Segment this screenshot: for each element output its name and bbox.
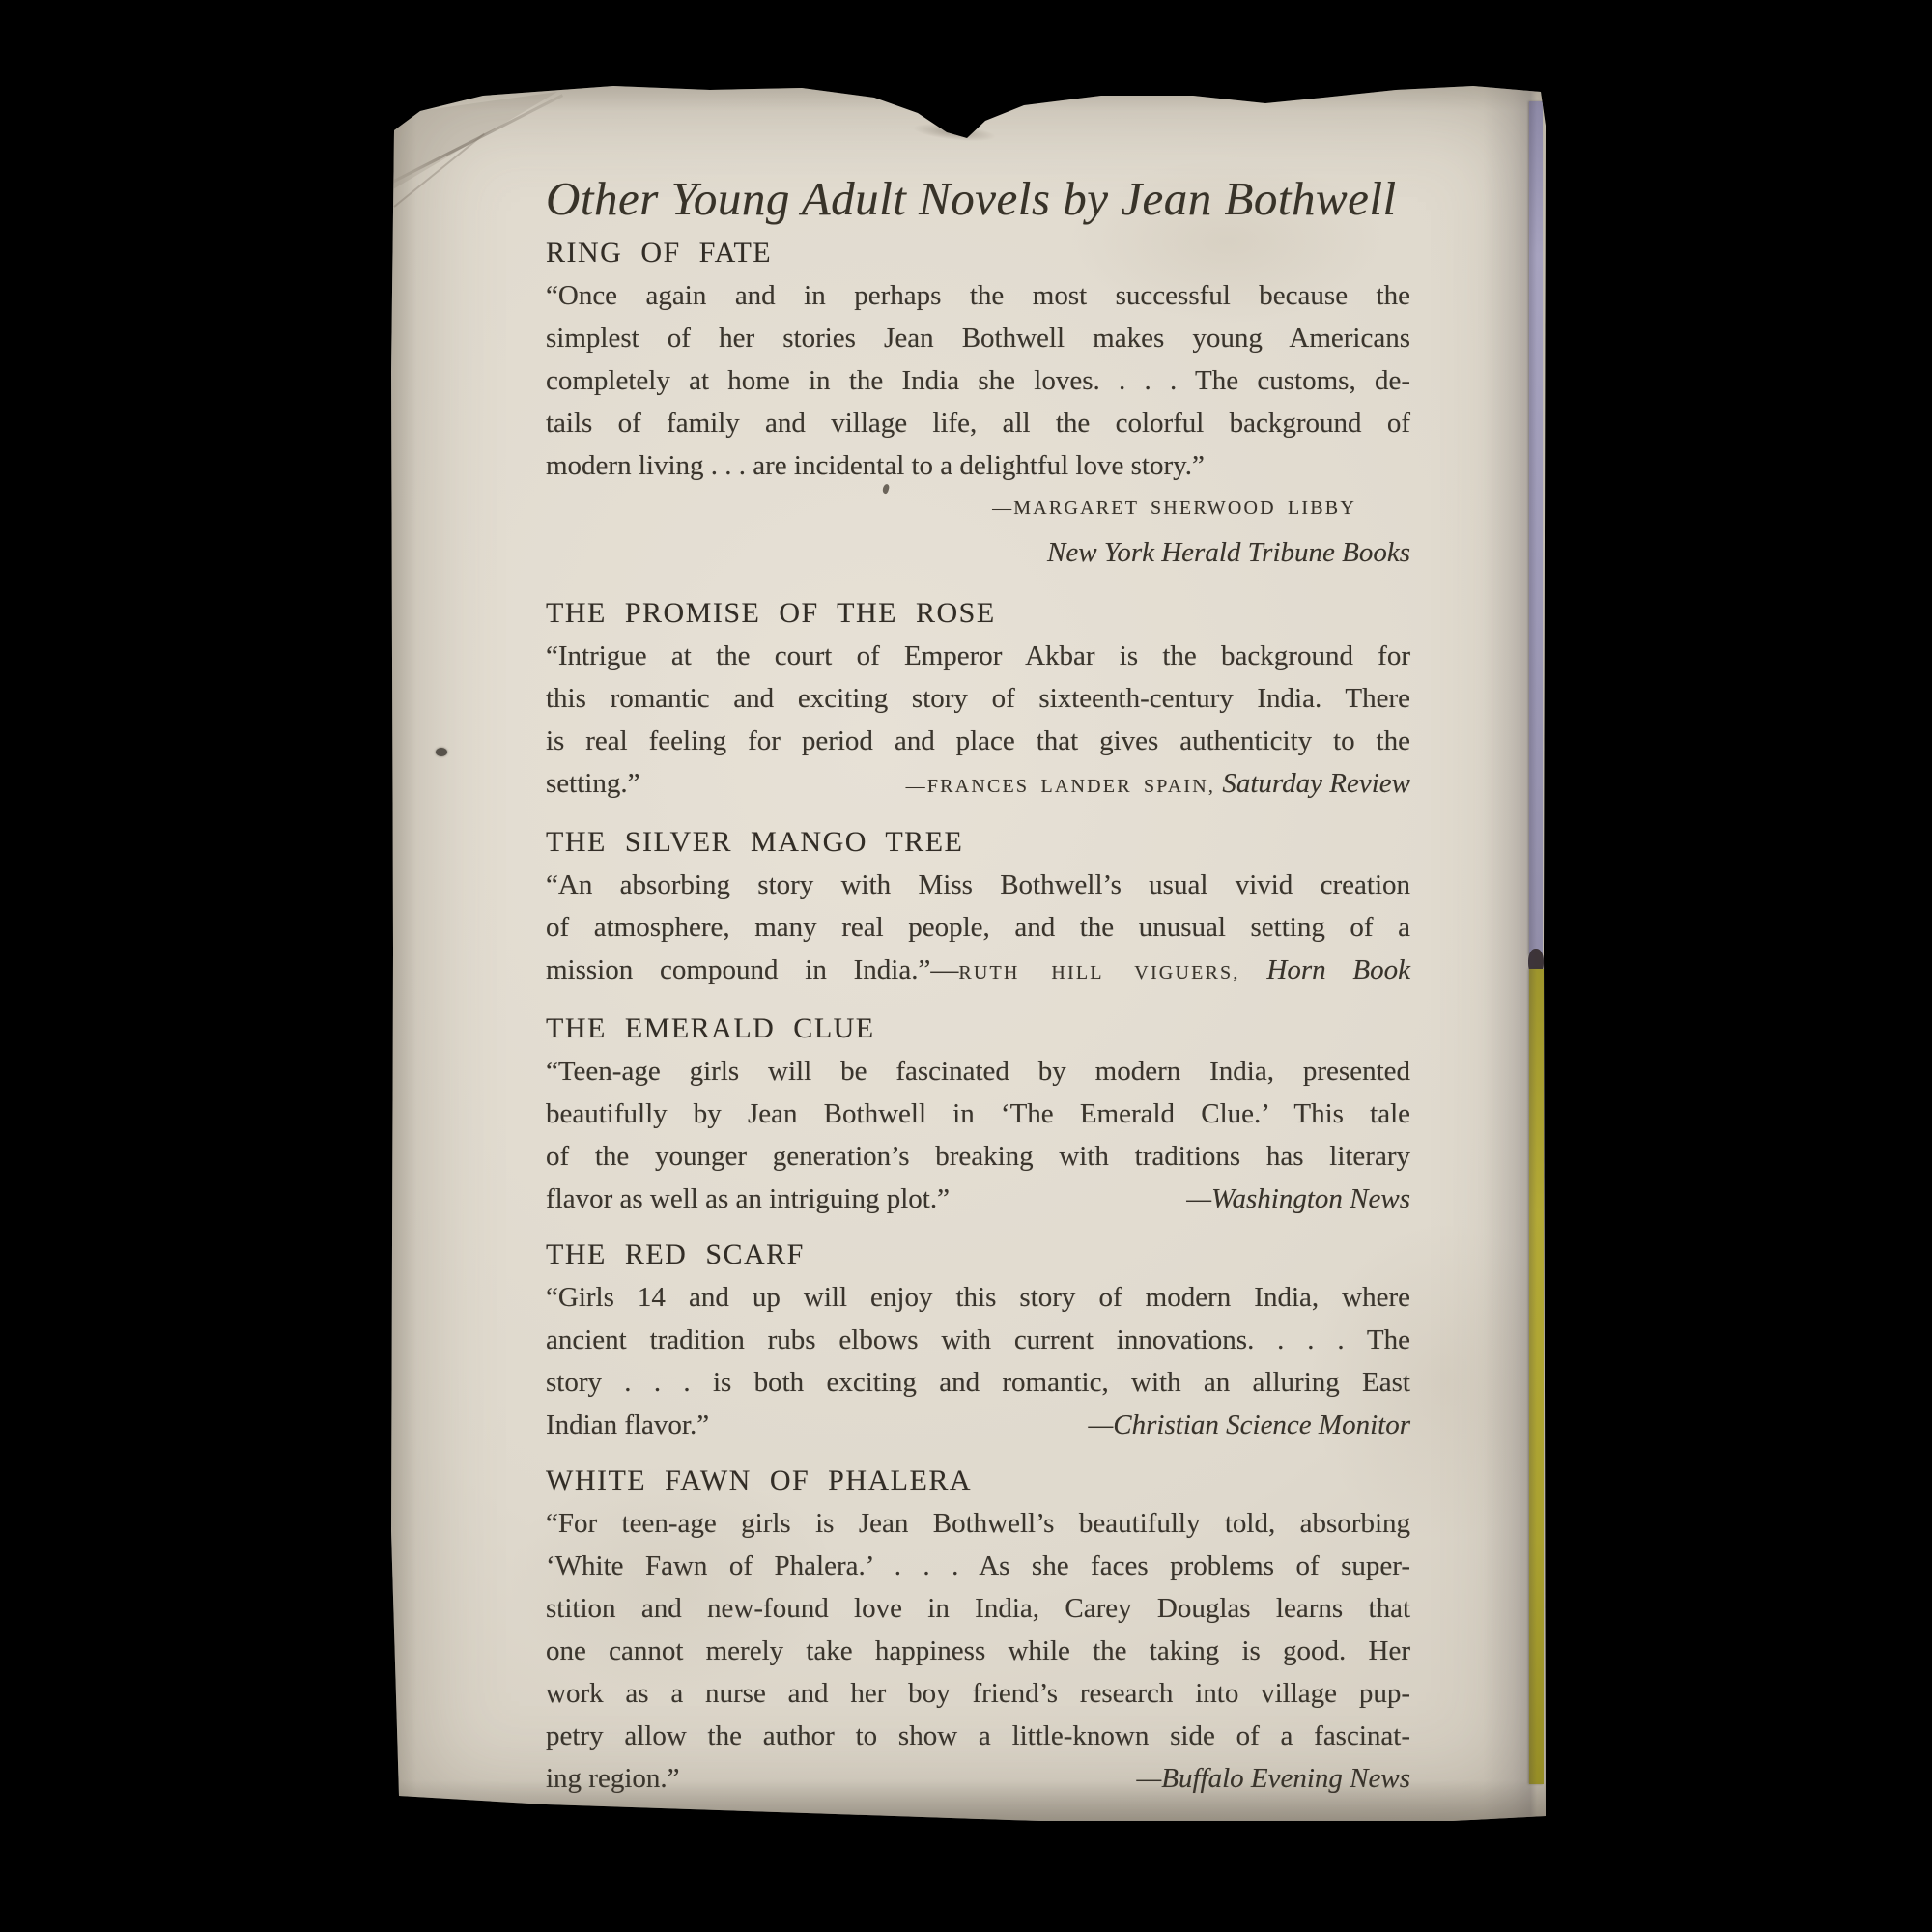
book-section-emerald-clue: THE EMERALD CLUE “Teen-age girls will be… — [546, 1008, 1410, 1220]
review-line: ancient tradition rubs elbows with curre… — [546, 1319, 1410, 1361]
book-title-heading: THE PROMISE OF THE ROSE — [546, 592, 1410, 635]
book-section-promise-of-the-rose: THE PROMISE OF THE ROSE “Intrigue at the… — [546, 592, 1410, 808]
spine-strip-lavender — [1529, 101, 1543, 955]
book-title-heading: THE RED SCARF — [546, 1234, 1410, 1276]
photo-backdrop: Other Young Adult Novels by Jean Bothwel… — [0, 0, 1932, 1932]
review-line: one cannot merely take happiness while t… — [546, 1630, 1410, 1672]
book-title-heading: THE EMERALD CLUE — [546, 1008, 1410, 1050]
review-line: simplest of her stories Jean Bothwell ma… — [546, 317, 1410, 359]
review-line: petry allow the author to show a little-… — [546, 1715, 1410, 1757]
review-line: work as a nurse and her boy friend’s res… — [546, 1672, 1410, 1715]
quote-end: mission compound in India.”— — [546, 954, 958, 985]
spine-strip-yellow — [1529, 969, 1544, 1784]
torn-edge-shadow — [912, 121, 996, 145]
quote-end: Indian flavor.” — [546, 1404, 709, 1446]
publication-name: Saturday Review — [1222, 768, 1410, 799]
reviewer-name: —FRANCES LANDER SPAIN, — [906, 776, 1216, 797]
review-line: beautifully by Jean Bothwell in ‘The Eme… — [546, 1093, 1410, 1135]
review-line: completely at home in the India she love… — [546, 359, 1410, 402]
book-section-silver-mango-tree: THE SILVER MANGO TREE “An absorbing stor… — [546, 821, 1410, 994]
review-line: “Once again and in perhaps the most succ… — [546, 274, 1410, 317]
publication-name: —Christian Science Monitor — [1089, 1404, 1410, 1446]
review-line: mission compound in India.”—RUTH HILL VI… — [546, 949, 1410, 994]
book-section-red-scarf: THE RED SCARF “Girls 14 and up will enjo… — [546, 1234, 1410, 1446]
review-line: ing region.” —Buffalo Evening News — [546, 1757, 1410, 1800]
publication-name: —Washington News — [1186, 1178, 1410, 1220]
publication-name: New York Herald Tribune Books — [1047, 537, 1410, 568]
review-line: “Intrigue at the court of Emperor Akbar … — [546, 635, 1410, 677]
page-title: Other Young Adult Novels by Jean Bothwel… — [546, 172, 1410, 226]
review-line: stition and new-found love in India, Car… — [546, 1587, 1410, 1630]
book-section-ring-of-fate: RING OF FATE “Once again and in perhaps … — [546, 232, 1410, 579]
reviews-column: Other Young Adult Novels by Jean Bothwel… — [546, 172, 1410, 1800]
review-line: flavor as well as an intriguing plot.” —… — [546, 1178, 1410, 1220]
review-line: setting.” —FRANCES LANDER SPAIN, Saturda… — [546, 762, 1410, 808]
review-attribution: —FRANCES LANDER SPAIN, Saturday Review — [906, 762, 1410, 808]
review-line: tails of family and village life, all th… — [546, 402, 1410, 444]
review-line: ‘White Fawn of Phalera.’ . . . As she fa… — [546, 1545, 1410, 1587]
review-line: modern living . . . are incidental to a … — [546, 444, 1410, 487]
book-title-heading: RING OF FATE — [546, 232, 1410, 274]
review-source: New York Herald Tribune Books — [546, 531, 1410, 579]
review-line: story . . . is both exciting and romanti… — [546, 1361, 1410, 1404]
book-jacket-back: Other Young Adult Novels by Jean Bothwel… — [391, 82, 1546, 1821]
review-line: this romantic and exciting story of sixt… — [546, 677, 1410, 720]
quote-end: setting.” — [546, 762, 639, 805]
review-line: of the younger generation’s breaking wit… — [546, 1135, 1410, 1178]
publication-name: Horn Book — [1266, 954, 1410, 985]
publication-name: —Buffalo Evening News — [1136, 1757, 1410, 1800]
book-title-heading: WHITE FAWN OF PHALERA — [546, 1460, 1410, 1502]
paper-blemish-dot — [436, 748, 447, 756]
quote-end: ing region.” — [546, 1757, 680, 1800]
review-line: “Teen-age girls will be fascinated by mo… — [546, 1050, 1410, 1093]
review-line: of atmosphere, many real people, and the… — [546, 906, 1410, 949]
review-line: “Girls 14 and up will enjoy this story o… — [546, 1276, 1410, 1319]
review-line: is real feeling for period and place tha… — [546, 720, 1410, 762]
review-line: “An absorbing story with Miss Bothwell’s… — [546, 864, 1410, 906]
review-attribution: —MARGARET SHERWOOD LIBBY — [546, 487, 1410, 531]
reviewer-name: —MARGARET SHERWOOD LIBBY — [992, 497, 1356, 519]
review-line: Indian flavor.” —Christian Science Monit… — [546, 1404, 1410, 1446]
quote-end: flavor as well as an intriguing plot.” — [546, 1178, 950, 1220]
review-line: “For teen-age girls is Jean Bothwell’s b… — [546, 1502, 1410, 1545]
book-section-white-fawn-of-phalera: WHITE FAWN OF PHALERA “For teen-age girl… — [546, 1460, 1410, 1800]
reviewer-name: RUTH HILL VIGUERS, — [958, 962, 1239, 983]
book-title-heading: THE SILVER MANGO TREE — [546, 821, 1410, 864]
